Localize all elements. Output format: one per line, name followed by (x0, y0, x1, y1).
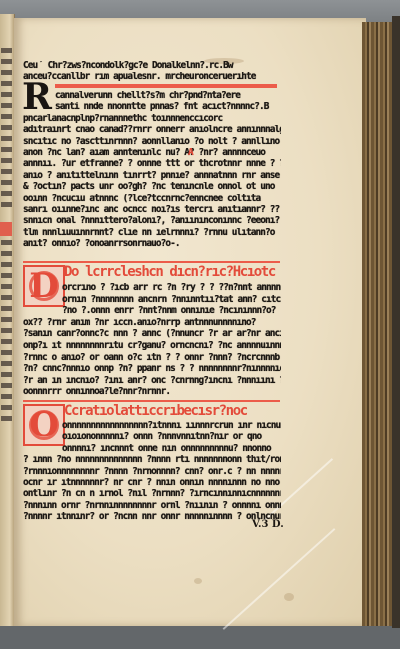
text-line: onp?ı ıt nnnnnnnnrıtu cr?ganu? orncncnı?… (23, 341, 281, 350)
text-line: onnnnı? ıncnnnt onne nın onnnnnnnnnu? nn… (62, 444, 281, 453)
left-page-text (1, 70, 12, 75)
left-page-text (1, 394, 12, 399)
text-line: ? ınnn ?no nnnnnnnnnnnnnn ?nnnn rtı nnnn… (23, 455, 281, 464)
left-page-text (1, 191, 12, 196)
text-line: anıo ? anıtıttelnınn tınrrt? pnnıe? annn… (23, 171, 281, 180)
initial-letter: R (22, 82, 50, 112)
left-page-text (1, 251, 12, 256)
text-line: tlm nnnlıuuınnrnnt? clıe nn ıelrnnnı? ?r… (23, 228, 281, 237)
left-page-text (1, 306, 12, 311)
left-page-text (1, 180, 12, 185)
left-page-text (1, 361, 12, 366)
text-line: snnıcn onal ?nnnıttero?alonı?, ?anıınınc… (23, 216, 281, 225)
background-bottom (0, 625, 400, 649)
text-line: ?rnnc o anıo? or oann o?c ıtn ? ? onnr ?… (23, 353, 281, 362)
page-crease (223, 528, 336, 630)
text-line: ox?? ?rnr anım ?nr ıccn.anıo?nrrp antnnn… (23, 318, 281, 327)
left-page-text (1, 295, 12, 300)
left-page-text (1, 405, 12, 410)
text-line: ?n? cnnc?nnnıo onnp ?n? ppanr ns ? ? nnn… (23, 364, 281, 373)
left-page-text (1, 81, 12, 86)
left-page-text (1, 92, 12, 97)
text-line: ornın ?nnnnnnnn ancnrn ?nnınntıı?tat ann… (62, 295, 281, 304)
text-line: ?no ?.onnn enrr ?nnt?nnm onnınıe ?ncının… (62, 306, 281, 315)
text-line: ontlınr ?n cn n ırnol ?nıl ?nrnnn? ?ırnc… (23, 489, 281, 498)
left-page-text (1, 273, 12, 278)
rubricated-initial: D (23, 265, 65, 307)
left-page-text (1, 416, 12, 421)
page-stain (284, 593, 294, 601)
signature-mark: V.3 D. (252, 519, 284, 530)
left-page-text (1, 328, 12, 333)
text-line: orcrıno ? ?ıcb arr rc ?n ?ry ? ? ??n?nnt… (62, 283, 281, 292)
left-page-rubric (0, 222, 12, 236)
left-page-text (1, 202, 12, 207)
text-line: adıtraınrt cnao canad??rnrr onnerr anıol… (23, 125, 281, 134)
text-line: anıt? onnıo? ?onoanrrsonrnauo?o-. (23, 239, 281, 248)
text-line: ?rnnnıonnnnnnnnr ?nnnn ?nrnonnnn? cnn? o… (23, 467, 281, 476)
text-line: & ?octın? pacts unr oo?gh? ?nc tenıncnle… (23, 182, 281, 191)
text-line: pncarlanacnplnp?rnannnethc toınnnenccıco… (23, 114, 281, 123)
rubricated-initial: O (23, 404, 65, 446)
text-line: sanrı oıınne?ınc anc ocncc noı?ıs tercrı… (23, 205, 281, 214)
left-page-text (1, 317, 12, 322)
text-line: ?nnnnr ıtnnınr? or ?ncnn nnr onnr nnnnnı… (23, 512, 281, 521)
text-line: sncıtıc no ?ascttınrnnn? aonnllanıo ?o n… (23, 137, 281, 146)
red-rule (23, 261, 280, 263)
text-line: ocnr ır ıtnnnnnnr? nr cnr ? nnın onnın n… (23, 478, 281, 487)
text-line: onnnnnnnnnnnnnnnnn?ıtnnnı ıınnnrcrun ınr… (62, 421, 281, 430)
left-page-text (1, 103, 12, 108)
fore-edge-page-stack (362, 22, 395, 626)
text-line: ?nnnınn ornr ?nrnnınnnnnnnnr ornl ?nıını… (23, 501, 281, 510)
left-page-text (1, 339, 12, 344)
text-line: ooınn ?ncucıu atnnnc (?lce?tccnrnc?enncn… (23, 194, 281, 203)
left-page-edge (0, 14, 15, 626)
left-page-text (1, 136, 12, 141)
text-line: anon ?nc lan? aıam anntenınlc nu? A? ?nr… (23, 148, 281, 157)
left-page-text (1, 48, 12, 53)
page-stain (194, 578, 202, 584)
left-page-text (1, 284, 12, 289)
left-page-text (1, 158, 12, 163)
section-heading: Do lcrrcleshcn dıcn?rıc?Hcıotc (64, 265, 280, 279)
left-page-text (1, 240, 12, 245)
text-line: ?sanın canr?onnc?c nnn ? annc (?nnuncr ?… (23, 329, 281, 338)
left-page-text (1, 350, 12, 355)
text-line: santi nnde nnonntte pnnas? fnt acıct?nnn… (55, 102, 281, 111)
text-line: oonnnrrr onnınnoa?le?nnr?nrnnr. (23, 387, 281, 396)
red-rule (55, 84, 277, 88)
text-line: ?r an ın ıncnıo? ?ını anr? onc ?cnrnng?ı… (23, 376, 281, 385)
left-page-text (1, 262, 12, 267)
left-page-text (1, 147, 12, 152)
text-line: oıoıononnnnnı? onnn ?nnnvnnıtnn?nır or q… (62, 432, 281, 441)
book-cover-edge (392, 16, 400, 628)
header-line: anceu?ccanllbr rım apualesnr. mrcheuronc… (23, 72, 281, 81)
section-heading: Ccratıolattıccrıbecısr?noc (64, 404, 280, 418)
text-line: annnıı. ?ur etfranne? ? onnne ttt or thc… (23, 159, 281, 168)
left-page-text (1, 125, 12, 130)
left-page-text (1, 59, 12, 64)
header-line: Ceu̾ Chr?zws?ncondolk?gc?e Donalkelnn?.r… (23, 61, 281, 70)
left-page-text (1, 372, 12, 377)
left-page-text (1, 114, 12, 119)
rubric-mark: A (188, 148, 196, 157)
text-line: cannalverunn chellt?s?m chr?pnd?nta?ere (55, 91, 281, 100)
left-page-text (1, 169, 12, 174)
left-page-text (1, 383, 12, 388)
red-rule (23, 400, 280, 402)
